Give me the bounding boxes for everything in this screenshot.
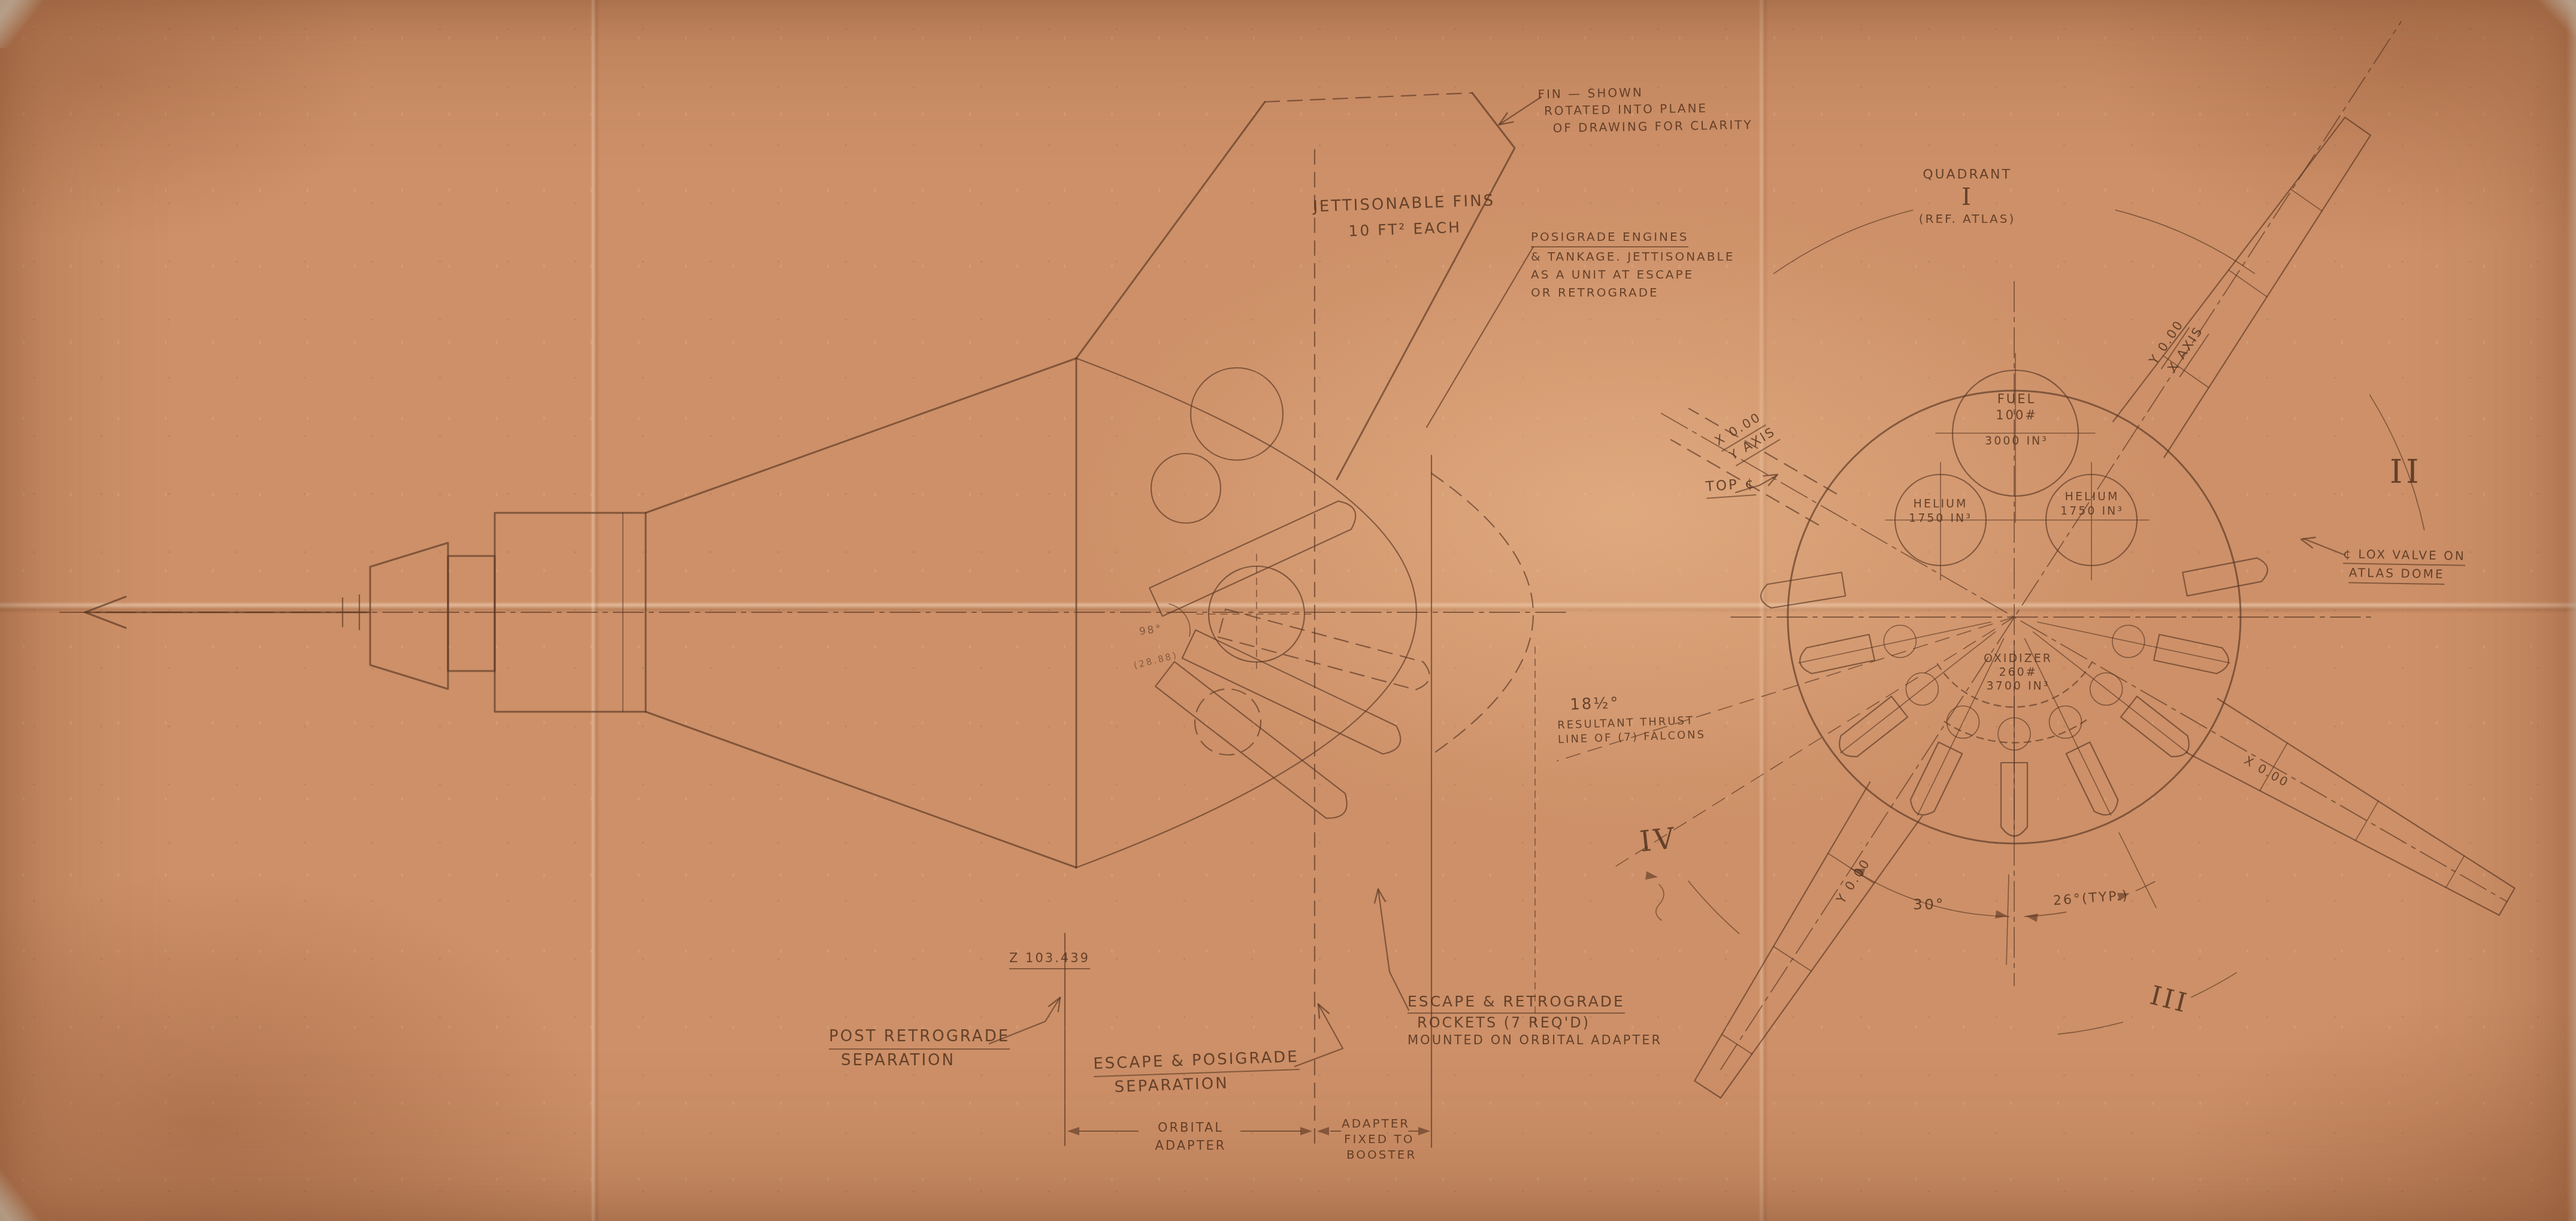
line: POSIGRADE ENGINES: [1531, 228, 1688, 247]
escape-retrograde-label: ESCAPE & RETROGRADE ROCKETS (7 REQ'D) MO…: [1407, 992, 1662, 1048]
helium-right-label: HELIUM 1750 IN³: [2047, 490, 2137, 519]
jettisonable-fins-note: JETTISONABLE FINS 10 FT² EACH: [1308, 189, 1502, 243]
line: ESCAPE & RETROGRADE: [1407, 992, 1625, 1014]
fin-outline: [1076, 102, 1265, 358]
rocket-body: [1218, 609, 1430, 690]
line: 1750 IN³: [1909, 512, 1972, 526]
fin-outline: [2187, 699, 2515, 915]
fin-rib: [2356, 801, 2378, 841]
rocket-body: [2183, 558, 2268, 596]
line: Z 103.439: [1009, 950, 1090, 969]
drawing-linework: [0, 0, 2576, 1221]
quadrant-2-numeral: II: [2390, 449, 2423, 495]
falcon-rocket-body: [2154, 634, 2229, 673]
line: 18½°: [1570, 693, 1620, 716]
line: 100#: [1996, 407, 2038, 424]
line: ADAPTER: [1155, 1137, 1227, 1155]
line: OR RETROGRADE: [1531, 283, 1659, 301]
line: FIN — SHOWN: [1537, 84, 1643, 102]
fin-outline: [1694, 782, 1922, 1098]
rocket-body: [1761, 572, 1845, 608]
thrust-note: 18½° RESULTANT THRUST LINE OF (7) FALCON…: [1557, 690, 1706, 748]
line: SEPARATION: [841, 1050, 955, 1072]
line: ROCKETS (7 REQ'D): [1417, 1014, 1590, 1032]
side-view-linework: [85, 93, 1535, 1147]
lox-valve-label: ¢ LOX VALVE ON ATLAS DOME: [2342, 545, 2466, 585]
line: BOOSTER: [1346, 1147, 1416, 1162]
line: 260#: [1999, 666, 2037, 679]
line: 1750 IN³: [2060, 504, 2124, 519]
line: II: [2390, 449, 2423, 495]
orbital-adapter-label: ORBITAL ADAPTER: [1143, 1119, 1239, 1155]
atlas-dome: [1431, 473, 1533, 755]
line: POST RETROGRADE: [829, 1026, 1010, 1050]
oxidizer-label: OXIDIZER 260# 3700 IN³: [1981, 652, 2056, 693]
falcon-rocket-body: [1800, 634, 1875, 673]
arrowhead: [2300, 534, 2315, 548]
escape-posigrade-label: ESCAPE & POSIGRADE SEPARATION: [1093, 1046, 1300, 1099]
line: OXIDIZER: [1984, 652, 2053, 666]
fuel-label: FUEL 100# 3000 IN³: [1978, 391, 2056, 448]
fin-rib: [2446, 856, 2464, 888]
station-z-label: Z 103.439: [1009, 950, 1090, 969]
arrowhead: [1418, 1127, 1430, 1135]
line: (REF. ATLAS): [1919, 210, 2015, 227]
line: I: [1961, 184, 1973, 210]
arrowhead: [1300, 1127, 1312, 1135]
line: ADAPTER: [1342, 1116, 1410, 1131]
tank-circle: [1151, 454, 1221, 523]
arrowhead: [1317, 1127, 1329, 1135]
line: HELIUM: [1914, 497, 1968, 512]
line: & TANKAGE. JETTISONABLE: [1531, 247, 1735, 265]
tank-circle: [1191, 368, 1283, 460]
blueprint-paper: FIN — SHOWN ROTATED INTO PLANE OF DRAWIN…: [0, 0, 2576, 1221]
escape-motor: [370, 543, 448, 689]
quadrant-arc: [2191, 973, 2236, 998]
adapter-curve: [1076, 358, 1416, 868]
fin-note: FIN — SHOWN ROTATED INTO PLANE OF DRAWIN…: [1537, 82, 1753, 137]
fin-rib: [2229, 270, 2267, 297]
quadrant-1-label: QUADRANT I (REF. ATLAS): [1912, 165, 2023, 228]
line: AS A UNIT AT ESCAPE: [1531, 265, 1694, 283]
quadrant-arc: [1773, 210, 1912, 274]
arrowhead: [1995, 910, 2008, 920]
line: SEPARATION: [1114, 1072, 1229, 1099]
falcon-spoke: [1841, 632, 1995, 753]
line: OF DRAWING FOR CLARITY: [1552, 116, 1753, 137]
centerlines: [60, 22, 2507, 1069]
tank-circle-hidden: [1195, 689, 1261, 755]
quadrant-4-numeral: IV: [1638, 818, 1679, 862]
arrowhead: [1645, 871, 1658, 881]
falcon-rocket-body: [1911, 742, 1962, 815]
dim-arc-26: [2136, 881, 2154, 890]
line: QUADRANT: [1923, 165, 2012, 184]
post-retrograde-label: POST RETROGRADE SEPARATION: [829, 1026, 1010, 1072]
quadrant-arc: [1688, 881, 1739, 934]
top-centerline-label: TOP ¢: [1705, 474, 1756, 498]
line: FUEL: [1997, 391, 2036, 407]
line: ATLAS DOME: [2348, 564, 2444, 585]
angle-30-label: 30°: [1913, 894, 1945, 915]
fin-rib: [1722, 1035, 1752, 1054]
line: HELIUM: [2065, 490, 2120, 504]
line: ORBITAL: [1158, 1119, 1224, 1137]
posigrade-note: POSIGRADE ENGINES & TANKAGE. JETTISONABL…: [1531, 228, 1735, 301]
line: IV: [1638, 818, 1679, 862]
arrowhead: [1067, 1127, 1079, 1135]
line: 3000 IN³: [1985, 434, 2048, 449]
falcon-rocket-body: [2066, 742, 2118, 815]
falcon-spoke: [2033, 632, 2188, 753]
arrowhead: [2025, 912, 2038, 922]
line: 3700 IN³: [1987, 679, 2050, 693]
line: 30°: [1913, 894, 1945, 915]
squiggle: [1656, 884, 1664, 920]
fin-rib: [2290, 189, 2322, 211]
rocket-body: [1149, 501, 1355, 616]
line: TOP ¢: [1705, 474, 1756, 498]
line: ROTATED INTO PLANE: [1544, 100, 1708, 120]
adapter-fixed-label: ADAPTER FIXED TO BOOSTER: [1342, 1116, 1416, 1162]
line: FIXED TO: [1344, 1131, 1414, 1147]
line: 10 FT² EACH: [1348, 217, 1462, 242]
helium-left-label: HELIUM 1750 IN³: [1896, 497, 1985, 526]
adapter-cone: [646, 358, 1076, 868]
rocket-body: [1155, 661, 1347, 818]
line: ¢ LOX VALVE ON: [2343, 545, 2466, 566]
fin-rib: [1773, 947, 1811, 971]
quadrant-arc: [2058, 1022, 2123, 1034]
line: MOUNTED ON ORBITAL ADAPTER: [1407, 1032, 1662, 1048]
